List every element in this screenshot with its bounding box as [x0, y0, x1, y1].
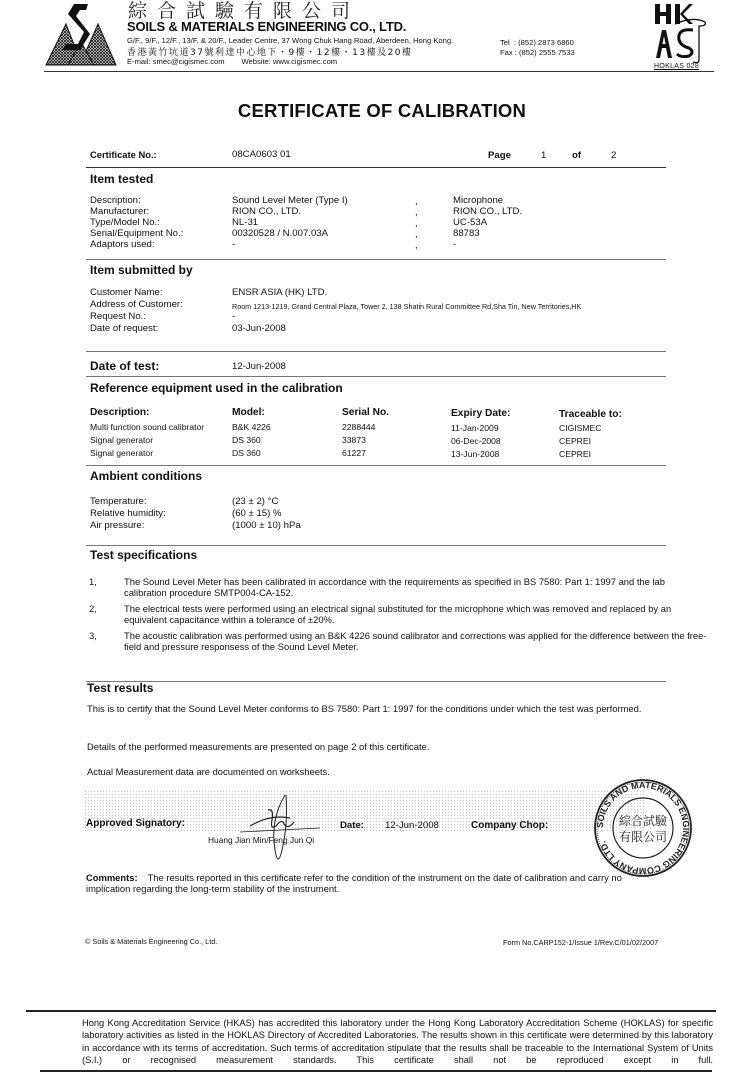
list-item: The electrical tests were performed usin…: [124, 603, 709, 625]
comments-text: The results reported in this certificate…: [86, 872, 622, 894]
field-label: Description:: [90, 195, 141, 206]
divider: [86, 167, 666, 168]
divider: [86, 351, 666, 352]
hkas-logo-icon: [653, 2, 709, 70]
separator: ,: [415, 229, 418, 240]
list-item: The Sound Level Meter has been calibrate…: [124, 576, 709, 598]
customer-address: Room 1213-1219, Grand Central Plaza, Tow…: [232, 302, 581, 311]
certificate-no-label: Certificate No.:: [90, 149, 157, 160]
field-label: Address of Customer:: [90, 299, 183, 310]
field-label: Type/Model No.:: [90, 217, 160, 228]
separator: ,: [415, 240, 418, 251]
company-chop-label: Company Chop:: [471, 820, 548, 831]
section-heading-item-tested: Item tested: [90, 172, 153, 186]
field-value: NL-31: [232, 217, 258, 228]
total-pages: 2: [611, 150, 616, 161]
field-value: 00320528 / N.007.03A: [232, 228, 328, 239]
svg-text:綜合試驗: 綜合試驗: [619, 813, 668, 828]
comments: Comments:The results reported in this ce…: [86, 872, 656, 894]
separator: ,: [415, 196, 418, 207]
table-cell: 06-Dec-2008: [451, 436, 501, 446]
table-cell: 2288444: [342, 422, 375, 432]
footer-top-divider: [26, 1010, 716, 1012]
list-number: 1,: [89, 576, 97, 587]
website-link[interactable]: Website: www.cigismec.com: [241, 57, 337, 66]
results-statement: This is to certify that the Sound Level …: [87, 703, 647, 714]
field-value-2: RION CO., LTD.: [453, 206, 522, 217]
date-of-test-value: 12-Jun-2008: [232, 361, 286, 372]
field-label: Serial/Equipment No.:: [90, 228, 183, 239]
table-cell: DS 360: [232, 448, 261, 458]
field-label: Request No.:: [90, 311, 146, 322]
date-of-request: 03-Jun-2008: [232, 323, 286, 334]
section-heading-item-submitted: Item submitted by: [90, 263, 193, 277]
list-item: The acoustic calibration was performed u…: [124, 630, 709, 652]
section-heading-reference-equipment: Reference equipment used in the calibrat…: [90, 381, 343, 395]
company-address: G/F., 9/F., 12/F., 13/F. & 20/F., Leader…: [127, 36, 453, 45]
section-heading-test-results: Test results: [87, 681, 153, 695]
divider: [86, 681, 666, 682]
column-header: Serial No.: [342, 407, 389, 418]
header-divider: [44, 71, 714, 72]
field-label: Temperature:: [90, 496, 147, 507]
separator: ,: [415, 207, 418, 218]
column-header: Traceable to:: [559, 409, 622, 420]
table-cell: CIGISMEC: [559, 423, 602, 433]
request-no: -: [232, 311, 235, 322]
hoklas-number: HOKLAS 028: [654, 63, 699, 70]
field-label: Date of request:: [90, 323, 158, 334]
field-label: Customer Name:: [90, 287, 163, 298]
accreditation-statement: Hong Kong Accreditation Service (HKAS) h…: [82, 1017, 713, 1067]
footer-bottom-divider: [40, 1070, 712, 1072]
tel: Tel : (852) 2873 6860: [500, 38, 575, 48]
company-name-english: SOILS & MATERIALS ENGINEERING CO., LTD.: [127, 19, 406, 34]
certificate-no-value: 08CA0603 01: [232, 149, 291, 160]
table-cell: 33873: [342, 435, 366, 445]
field-value-2: 88783: [453, 228, 480, 239]
field-value: RION CO., LTD.: [232, 206, 301, 217]
field-value-2: Microphone: [453, 195, 503, 206]
field-value-2: -: [453, 239, 456, 250]
field-value-2: UC-53A: [453, 217, 487, 228]
field-label: Air pressure:: [90, 520, 144, 531]
field-label: Adaptors used:: [90, 239, 155, 250]
table-cell: 11-Jan-2009: [451, 423, 499, 433]
table-cell: 61227: [342, 448, 366, 458]
divider: [86, 376, 666, 377]
list-number: 2,: [89, 603, 97, 614]
divider: [86, 465, 666, 466]
approved-signatory-label: Approved Signatory:: [86, 818, 185, 829]
phone-fax: Tel : (852) 2873 6860Fax : (852) 2555 75…: [500, 38, 575, 58]
results-details: Details of the performed measurements ar…: [87, 741, 647, 752]
customer-name: ENSR ASIA (HK) LTD.: [232, 287, 327, 298]
table-cell: B&K 4226: [232, 422, 271, 432]
air-pressure-value: (1000 ± 10) hPa: [232, 520, 301, 531]
page-label: Page: [488, 150, 511, 161]
comments-label: Comments:: [86, 872, 138, 883]
signature-icon: [230, 790, 320, 870]
of-label: of: [572, 150, 581, 161]
page-number: 1: [541, 150, 546, 161]
table-cell: CEPREI: [559, 449, 591, 459]
approval-date-label: Date:: [340, 820, 364, 831]
document-title: CERTIFICATE OF CALIBRATION: [0, 100, 751, 122]
table-cell: CEPREI: [559, 436, 591, 446]
table-cell: Signal generator: [90, 435, 153, 445]
field-label: Manufacturer:: [90, 206, 149, 217]
table-cell: 13-Jun-2008: [451, 449, 499, 459]
sme-triangle-logo-icon: [44, 2, 118, 66]
form-number: Form No.CARP152-1/Issue 1/Rev.C/01/02/20…: [503, 938, 658, 947]
email-link[interactable]: E-mail: smec@cigismec.com: [127, 57, 225, 66]
separator: ,: [415, 218, 418, 229]
temperature-value: (23 ± 2) °C: [232, 496, 278, 507]
field-label: Relative humidity:: [90, 508, 166, 519]
fax: Fax : (852) 2555 7533: [500, 48, 575, 58]
table-cell: Multi function sound calibrator: [90, 422, 204, 432]
copyright: © Soils & Materials Engineering Co., Ltd…: [85, 937, 217, 946]
column-header: Expiry Date:: [451, 408, 510, 419]
date-of-test-label: Date of test:: [90, 359, 159, 373]
table-cell: Signal generator: [90, 448, 153, 458]
divider: [86, 259, 666, 260]
column-header: Model:: [232, 407, 265, 418]
section-heading-ambient: Ambient conditions: [90, 469, 202, 483]
company-stamp-icon: SOILS AND MATERIALS ENGINEERING COMPANY …: [592, 778, 694, 878]
results-worksheets: Actual Measurement data are documented o…: [87, 766, 647, 777]
section-heading-test-specifications: Test specifications: [90, 548, 197, 562]
approval-date: 12-Jun-2008: [385, 820, 439, 831]
field-value: -: [232, 239, 235, 250]
field-value: Sound Level Meter (Type I): [232, 195, 348, 206]
list-number: 3,: [89, 630, 97, 641]
company-contact: E-mail: smec@cigismec.com Website: www.c…: [127, 57, 337, 66]
table-cell: DS 360: [232, 435, 261, 445]
column-header: Description:: [90, 407, 149, 418]
signatory-names: Huang Jian Min/Feng Jun Qi: [208, 835, 314, 845]
svg-text:有限公司: 有限公司: [619, 830, 667, 844]
divider: [86, 545, 666, 546]
humidity-value: (60 ± 15) %: [232, 508, 282, 519]
